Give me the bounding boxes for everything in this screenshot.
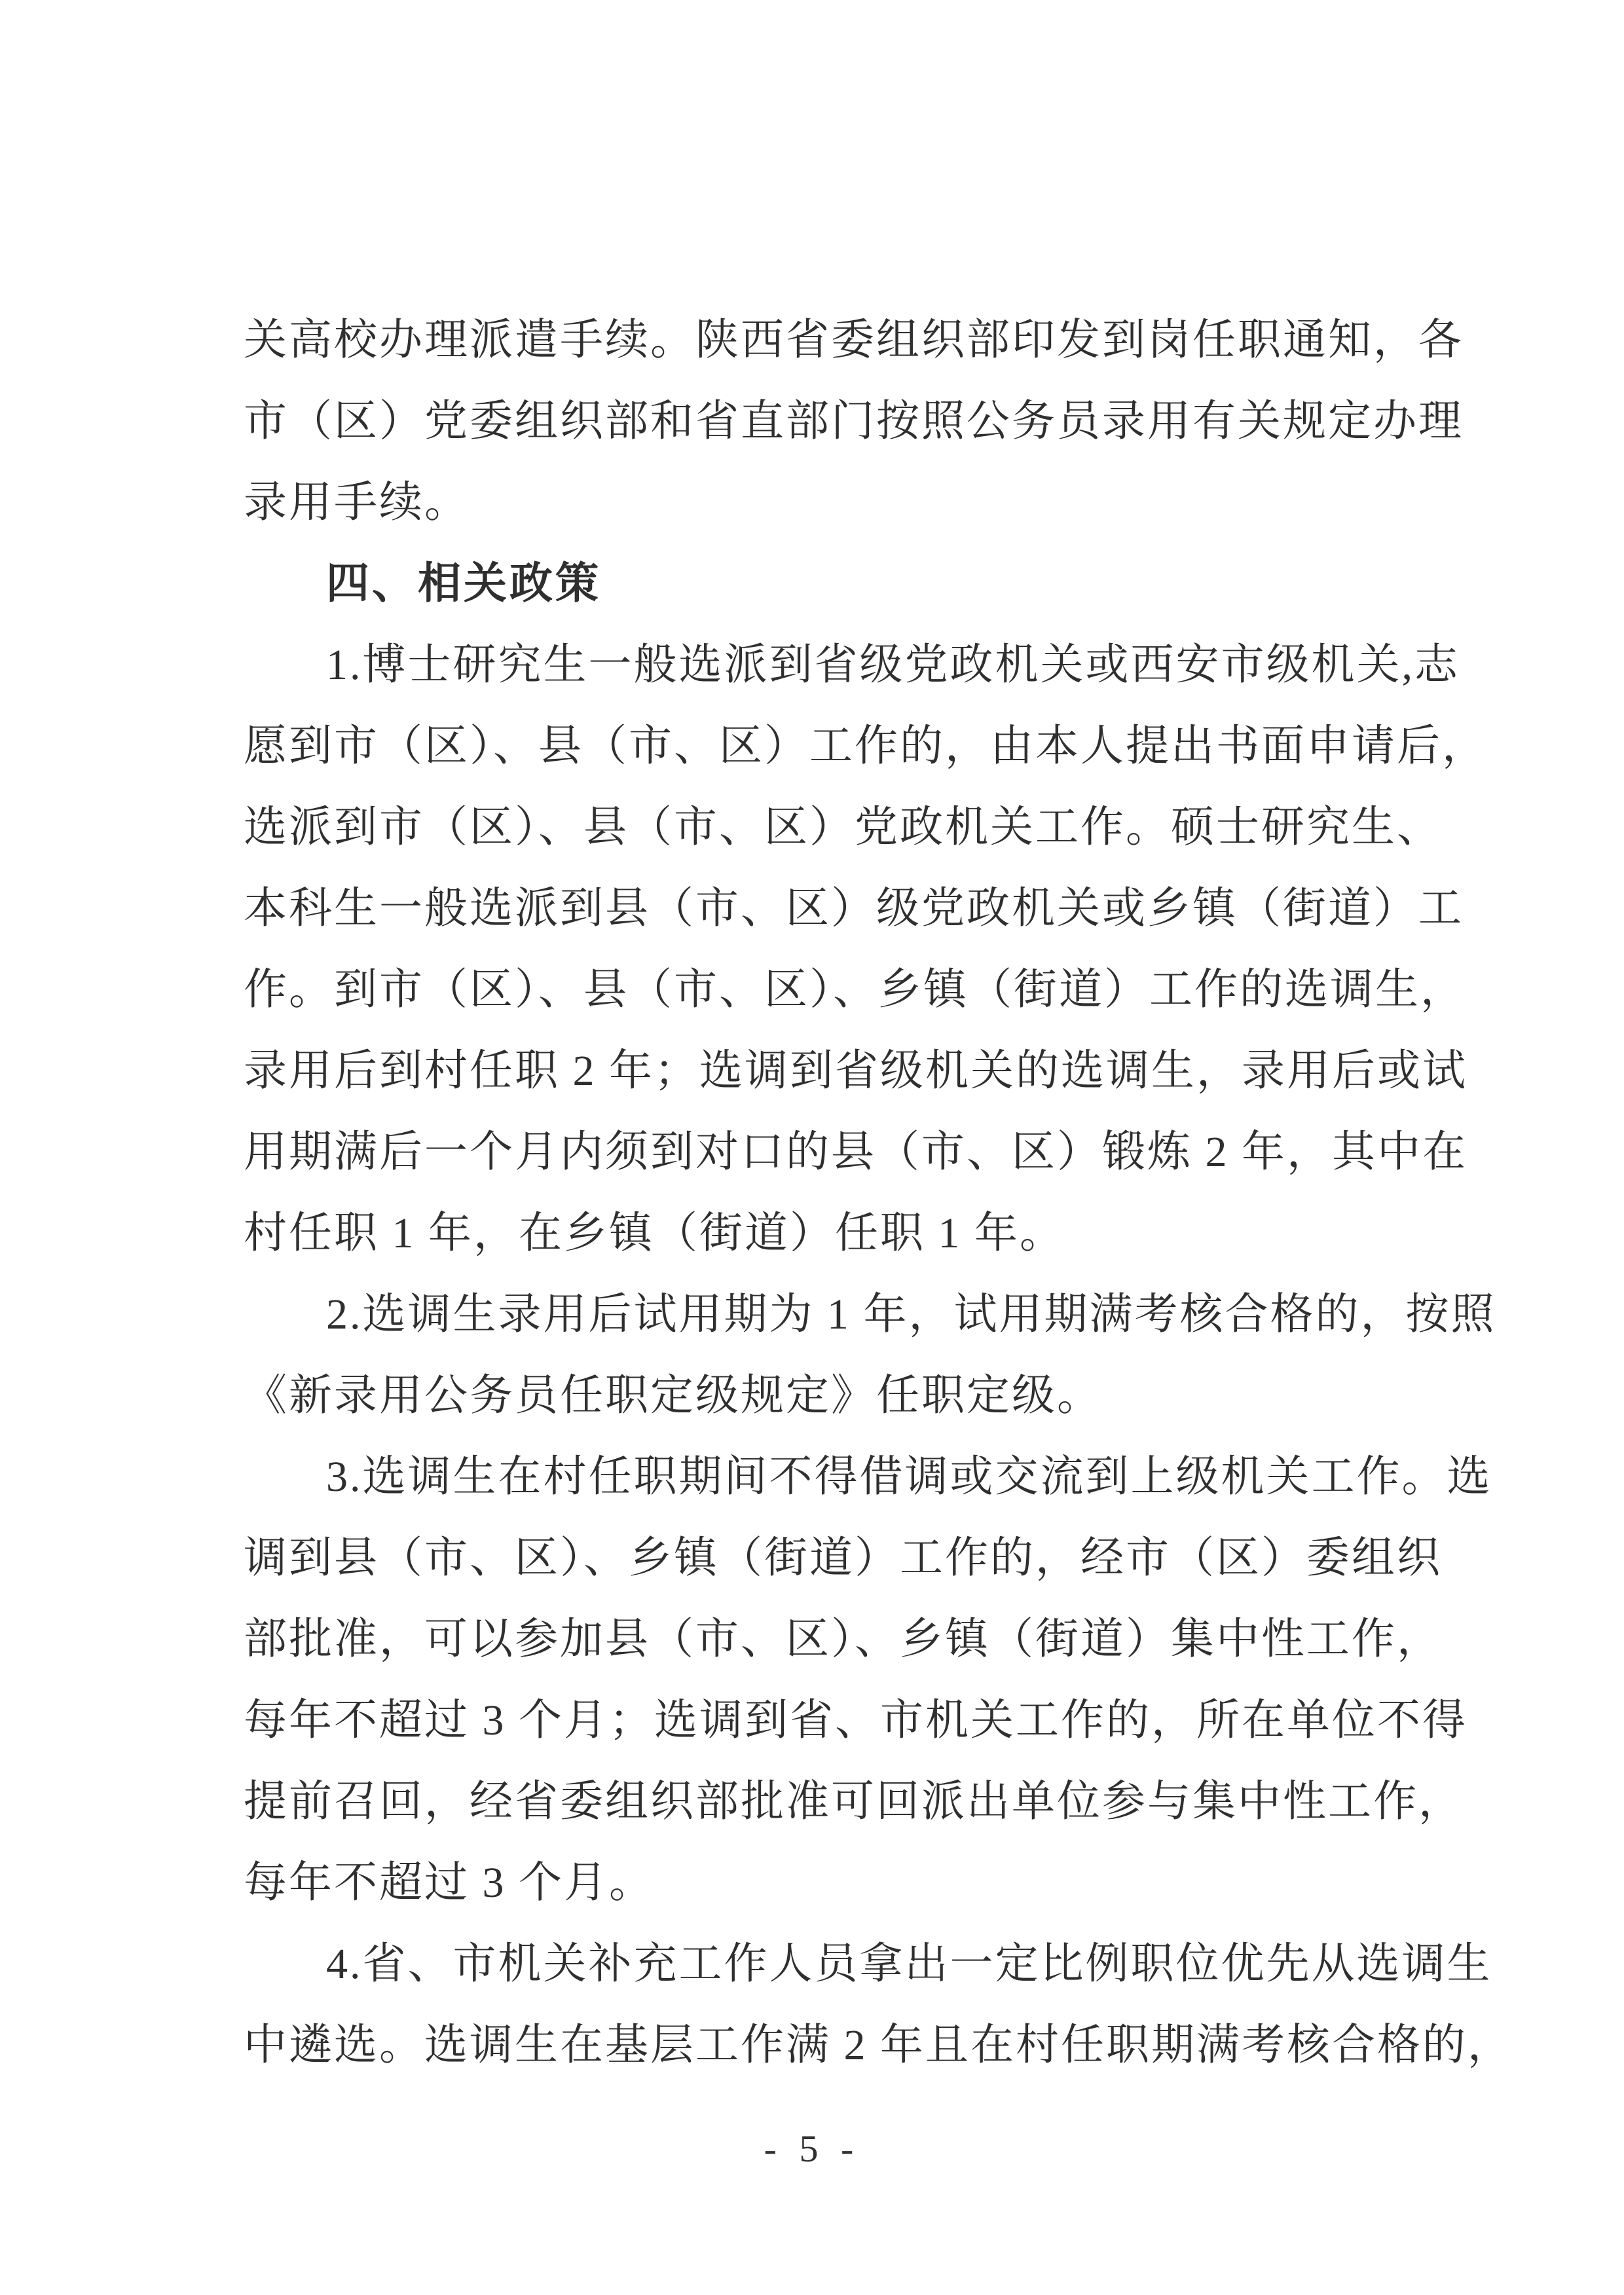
text-line: 2.选调生录用后试用期为 1 年，试用期满考核合格的，按照	[244, 1274, 1475, 1355]
text-line: 中遴选。选调生在基层工作满 2 年且在村任职期满考核合格的，	[244, 2005, 1475, 2086]
text-line: 关高校办理派遣手续。陕西省委组织部印发到岗任职通知，各	[244, 300, 1475, 381]
text-line: 选派到市（区）、县（市、区）党政机关工作。硕士研究生、	[244, 787, 1475, 868]
text-line: 录用手续。	[244, 462, 1475, 543]
text-line: 用期满后一个月内须到对口的县（市、区）锻炼 2 年，其中在	[244, 1112, 1475, 1193]
text-line: 录用后到村任职 2 年；选调到省级机关的选调生，录用后或试	[244, 1031, 1475, 1112]
document-body: 关高校办理派遣手续。陕西省委组织部印发到岗任职通知，各 市（区）党委组织部和省直…	[244, 300, 1475, 2086]
page-number: - 5 -	[0, 2127, 1624, 2171]
text-line: 1.博士研究生一般选派到省级党政机关或西安市级机关,志	[244, 625, 1475, 706]
text-line: 4.省、市机关补充工作人员拿出一定比例职位优先从选调生	[244, 1924, 1475, 2005]
text-line: 调到县（市、区）、乡镇（街道）工作的，经市（区）委组织	[244, 1518, 1475, 1599]
text-line: 提前召回，经省委组织部批准可回派出单位参与集中性工作，	[244, 1761, 1475, 1843]
text-line: 部批准，可以参加县（市、区）、乡镇（街道）集中性工作，	[244, 1599, 1475, 1680]
text-line: 3.选调生在村任职期间不得借调或交流到上级机关工作。选	[244, 1437, 1475, 1518]
text-line: 每年不超过 3 个月。	[244, 1843, 1475, 1924]
document-page: 关高校办理派遣手续。陕西省委组织部印发到岗任职通知，各 市（区）党委组织部和省直…	[0, 0, 1624, 2295]
text-line: 市（区）党委组织部和省直部门按照公务员录用有关规定办理	[244, 381, 1475, 462]
text-line: 作。到市（区）、县（市、区）、乡镇（街道）工作的选调生，	[244, 949, 1475, 1031]
text-line: 本科生一般选派到县（市、区）级党政机关或乡镇（街道）工	[244, 868, 1475, 949]
text-line: 村任职 1 年，在乡镇（街道）任职 1 年。	[244, 1193, 1475, 1274]
text-line: 愿到市（区）、县（市、区）工作的，由本人提出书面申请后，	[244, 706, 1475, 787]
section-heading: 四、相关政策	[244, 543, 1475, 625]
text-line: 《新录用公务员任职定级规定》任职定级。	[244, 1355, 1475, 1437]
text-line: 每年不超过 3 个月；选调到省、市机关工作的，所在单位不得	[244, 1680, 1475, 1761]
